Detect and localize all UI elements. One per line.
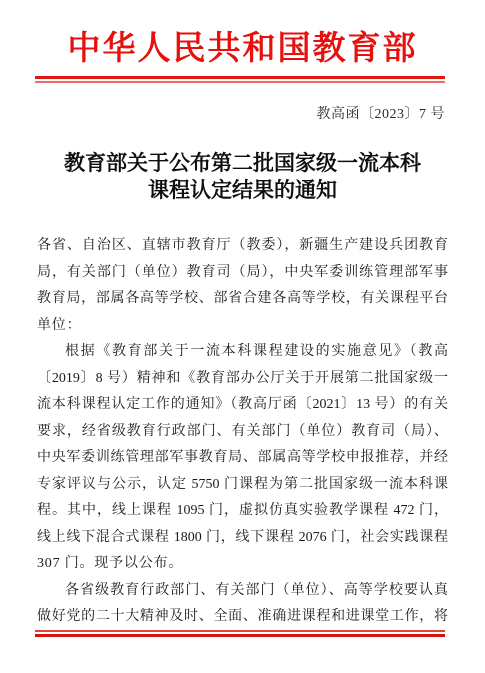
document-number: 教高函〔2023〕7 号 [317,103,446,123]
body-line: 流本科课程认定工作的通知》（教高厅函〔2021〕13 号）的有关 [37,392,448,419]
notice-title-line1: 教育部关于公布第二批国家级一流本科 [0,150,485,177]
notice-title: 教育部关于公布第二批国家级一流本科 课程认定结果的通知 [0,150,485,204]
body-line: 教育局，部属各高等学校、部省合建各高等学校，有关课程平台 [37,286,448,313]
body-line: 线上线下混合式课程 1800 门，线下课程 2076 门，社会实践课程 [37,525,448,552]
letterhead-divider [35,76,445,83]
body-line: 单位： [37,313,448,340]
body-line: 各省级教育行政部门、有关部门（单位）、高等学校要认真 [37,578,448,605]
letterhead-divider-thin-line [35,81,445,83]
page-footer-divider [35,630,445,637]
footer-divider-thick-line [35,634,445,638]
body-line: 要求，经省级教育行政部门、有关部门（单位）教育司（局）、 [37,419,448,446]
body-line: 307 门。现予以公布。 [37,551,448,578]
body-line: 专家评议与公示，认定 5750 门课程为第二批国家级一流本科课 [37,472,448,499]
body-line: 各省、自治区、直辖市教育厅（教委），新疆生产建设兵团教育 [37,233,448,260]
body-line: 做好党的二十大精神及时、全面、准确进课程和进课堂工作，将 [37,604,448,631]
body-line: 根据《教育部关于一流本科课程建设的实施意见》（教高 [37,339,448,366]
body-line: 局，有关部门（单位）教育司（局），中央军委训练管理部军事 [37,260,448,287]
notice-title-line2: 课程认定结果的通知 [0,177,485,204]
body-line: 中央军委训练管理部军事教育局、部属高等学校申报推荐，并经 [37,445,448,472]
document-page: 中华人民共和国教育部 教高函〔2023〕7 号 教育部关于公布第二批国家级一流本… [0,0,485,673]
issuing-agency-title: 中华人民共和国教育部 [0,22,485,69]
body-line: 〔2019〕8 号）精神和《教育部办公厅关于开展第二批国家级一 [37,366,448,393]
body-line: 程。其中，线上课程 1095 门，虚拟仿真实验教学课程 472 门， [37,498,448,525]
notice-body: 各省、自治区、直辖市教育厅（教委），新疆生产建设兵团教育 局，有关部门（单位）教… [37,233,448,631]
